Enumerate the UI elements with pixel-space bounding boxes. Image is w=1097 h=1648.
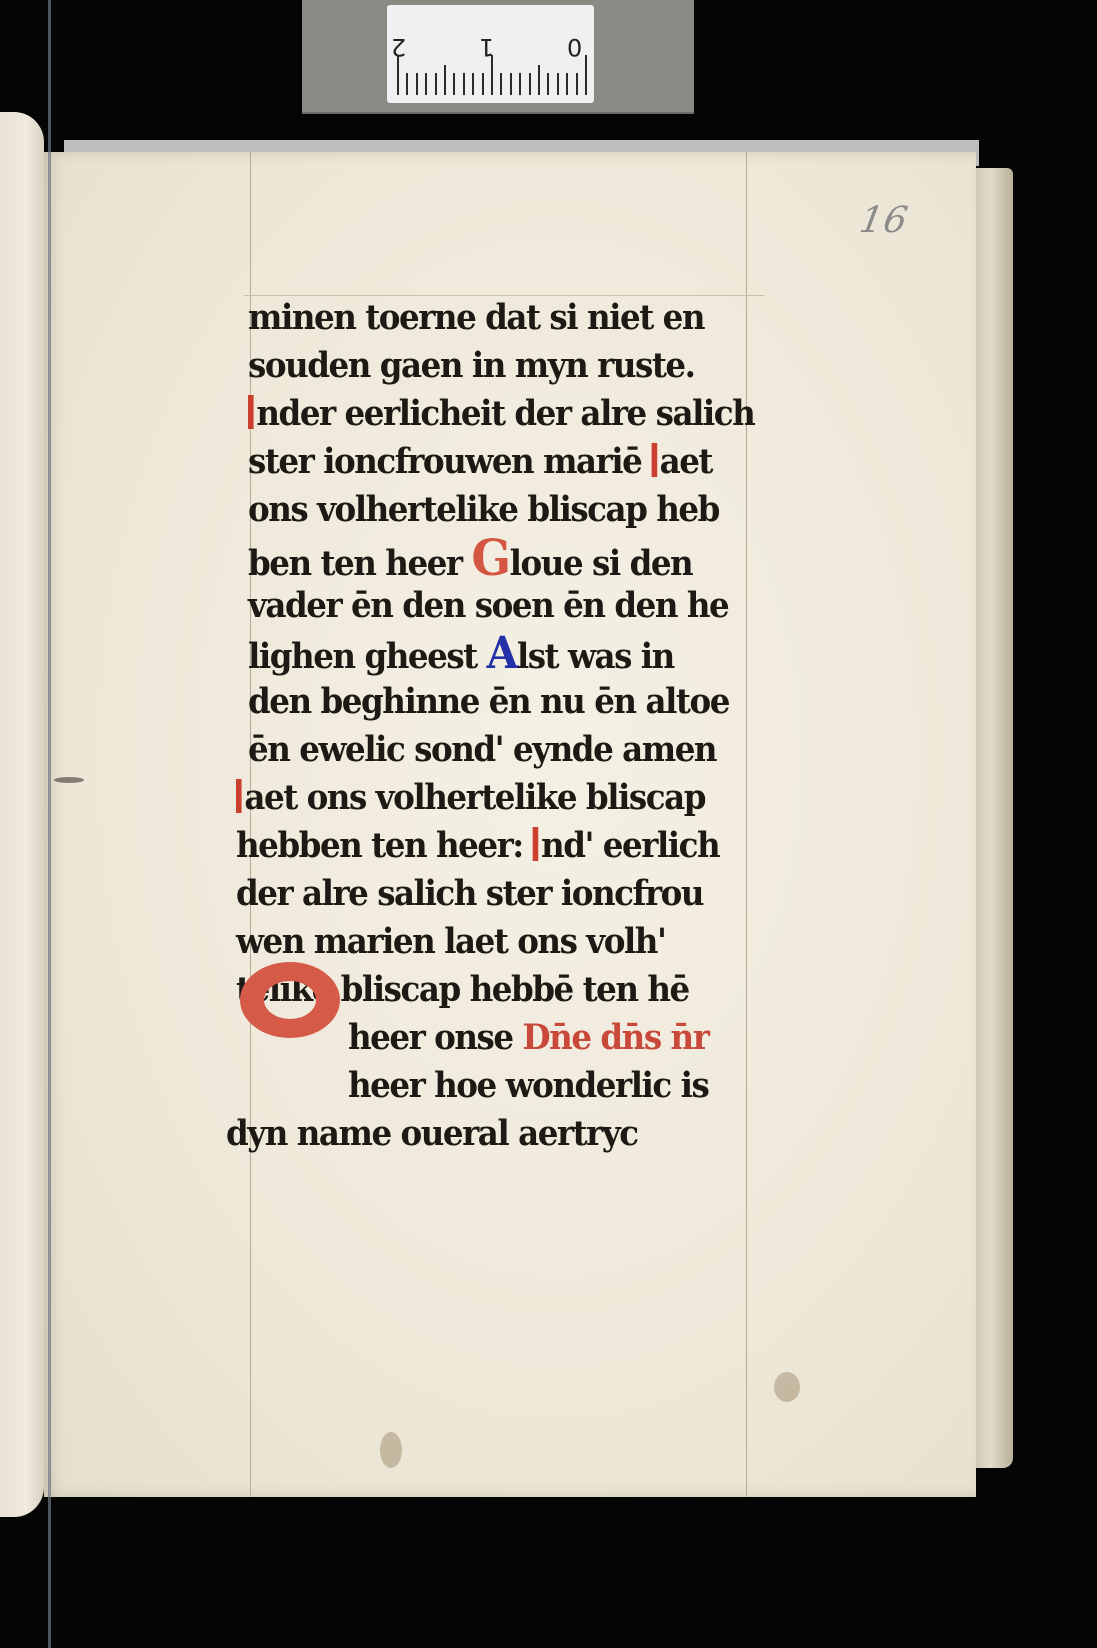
- scale-tick: [566, 73, 568, 95]
- text-line: den beghinne ēn nu ēn altoe: [248, 679, 729, 725]
- scale-tick: [406, 73, 408, 95]
- scale-tick: [519, 73, 521, 95]
- scale-tick: [435, 73, 437, 95]
- scale-bar: 2 1 0: [387, 5, 594, 103]
- text-line: nder eerlicheit der alre salich: [248, 391, 754, 437]
- text-line: dyn name oueral aertryc: [226, 1111, 638, 1157]
- rubric-text: Dn̄e dn̄s n̄r: [522, 1017, 708, 1058]
- text-line: souden gaen in myn ruste.: [248, 343, 694, 389]
- scale-tick: [500, 73, 502, 95]
- text-line: heer onse Dn̄e dn̄s n̄r: [348, 1015, 708, 1061]
- scale-tick: [472, 73, 474, 95]
- text-line: minen toerne dat si niet en: [248, 295, 704, 341]
- scale-tick: [529, 73, 531, 95]
- stain: [774, 1372, 800, 1402]
- scale-tick: [463, 73, 465, 95]
- text-line: aet ons volhertelike bliscap: [236, 775, 705, 821]
- red-initial-g: G: [471, 528, 509, 587]
- scale-tick: [576, 73, 578, 95]
- rubric-stroke: [651, 443, 657, 477]
- scale-tick: [491, 55, 493, 95]
- previous-page-curl: [0, 112, 44, 1517]
- scale-tick: [510, 73, 512, 95]
- scale-ticks: [397, 55, 585, 95]
- text-line: ons volhertelike bliscap heb: [248, 487, 719, 533]
- scale-bar-card: 2 1 0: [302, 0, 694, 114]
- scale-tick: [425, 73, 427, 95]
- scale-tick: [482, 73, 484, 95]
- scale-tick: [444, 65, 446, 95]
- ruling-right: [746, 152, 747, 1497]
- text-line: der alre salich ster ioncfrou: [236, 871, 703, 917]
- text-line: heer hoe wonderlic is: [348, 1063, 708, 1109]
- ink-smudge: [54, 777, 84, 783]
- glass-plate-edge: [48, 0, 51, 1648]
- scale-tick: [557, 73, 559, 95]
- text-line: vader ēn den soen ēn den he: [248, 583, 728, 629]
- large-red-initial-o: [240, 962, 340, 1038]
- book-fore-edge: [975, 168, 1013, 1468]
- rubric-stroke: [248, 395, 254, 429]
- rubric-stroke: [533, 827, 539, 861]
- stain: [380, 1432, 402, 1468]
- blue-initial-a: A: [487, 628, 517, 679]
- text-line: hebben ten heer: nd' eerlich: [236, 823, 719, 869]
- scale-tick: [547, 73, 549, 95]
- text-line: lighen gheest Alst was in: [248, 631, 674, 677]
- text-line: ēn ewelic sond' eynde amen: [248, 727, 716, 773]
- scale-tick: [397, 55, 399, 95]
- scale-tick: [416, 73, 418, 95]
- scale-tick: [453, 73, 455, 95]
- text-line: wen marien laet ons volh': [236, 919, 665, 965]
- text-line: ster ioncfrouwen mariē aet: [248, 439, 712, 485]
- folio-number: 16: [856, 200, 911, 241]
- rubric-stroke: [236, 779, 242, 813]
- scale-tick: [585, 55, 587, 95]
- scale-tick: [538, 65, 540, 95]
- text-line: ben ten heer Gloue si den: [248, 535, 692, 581]
